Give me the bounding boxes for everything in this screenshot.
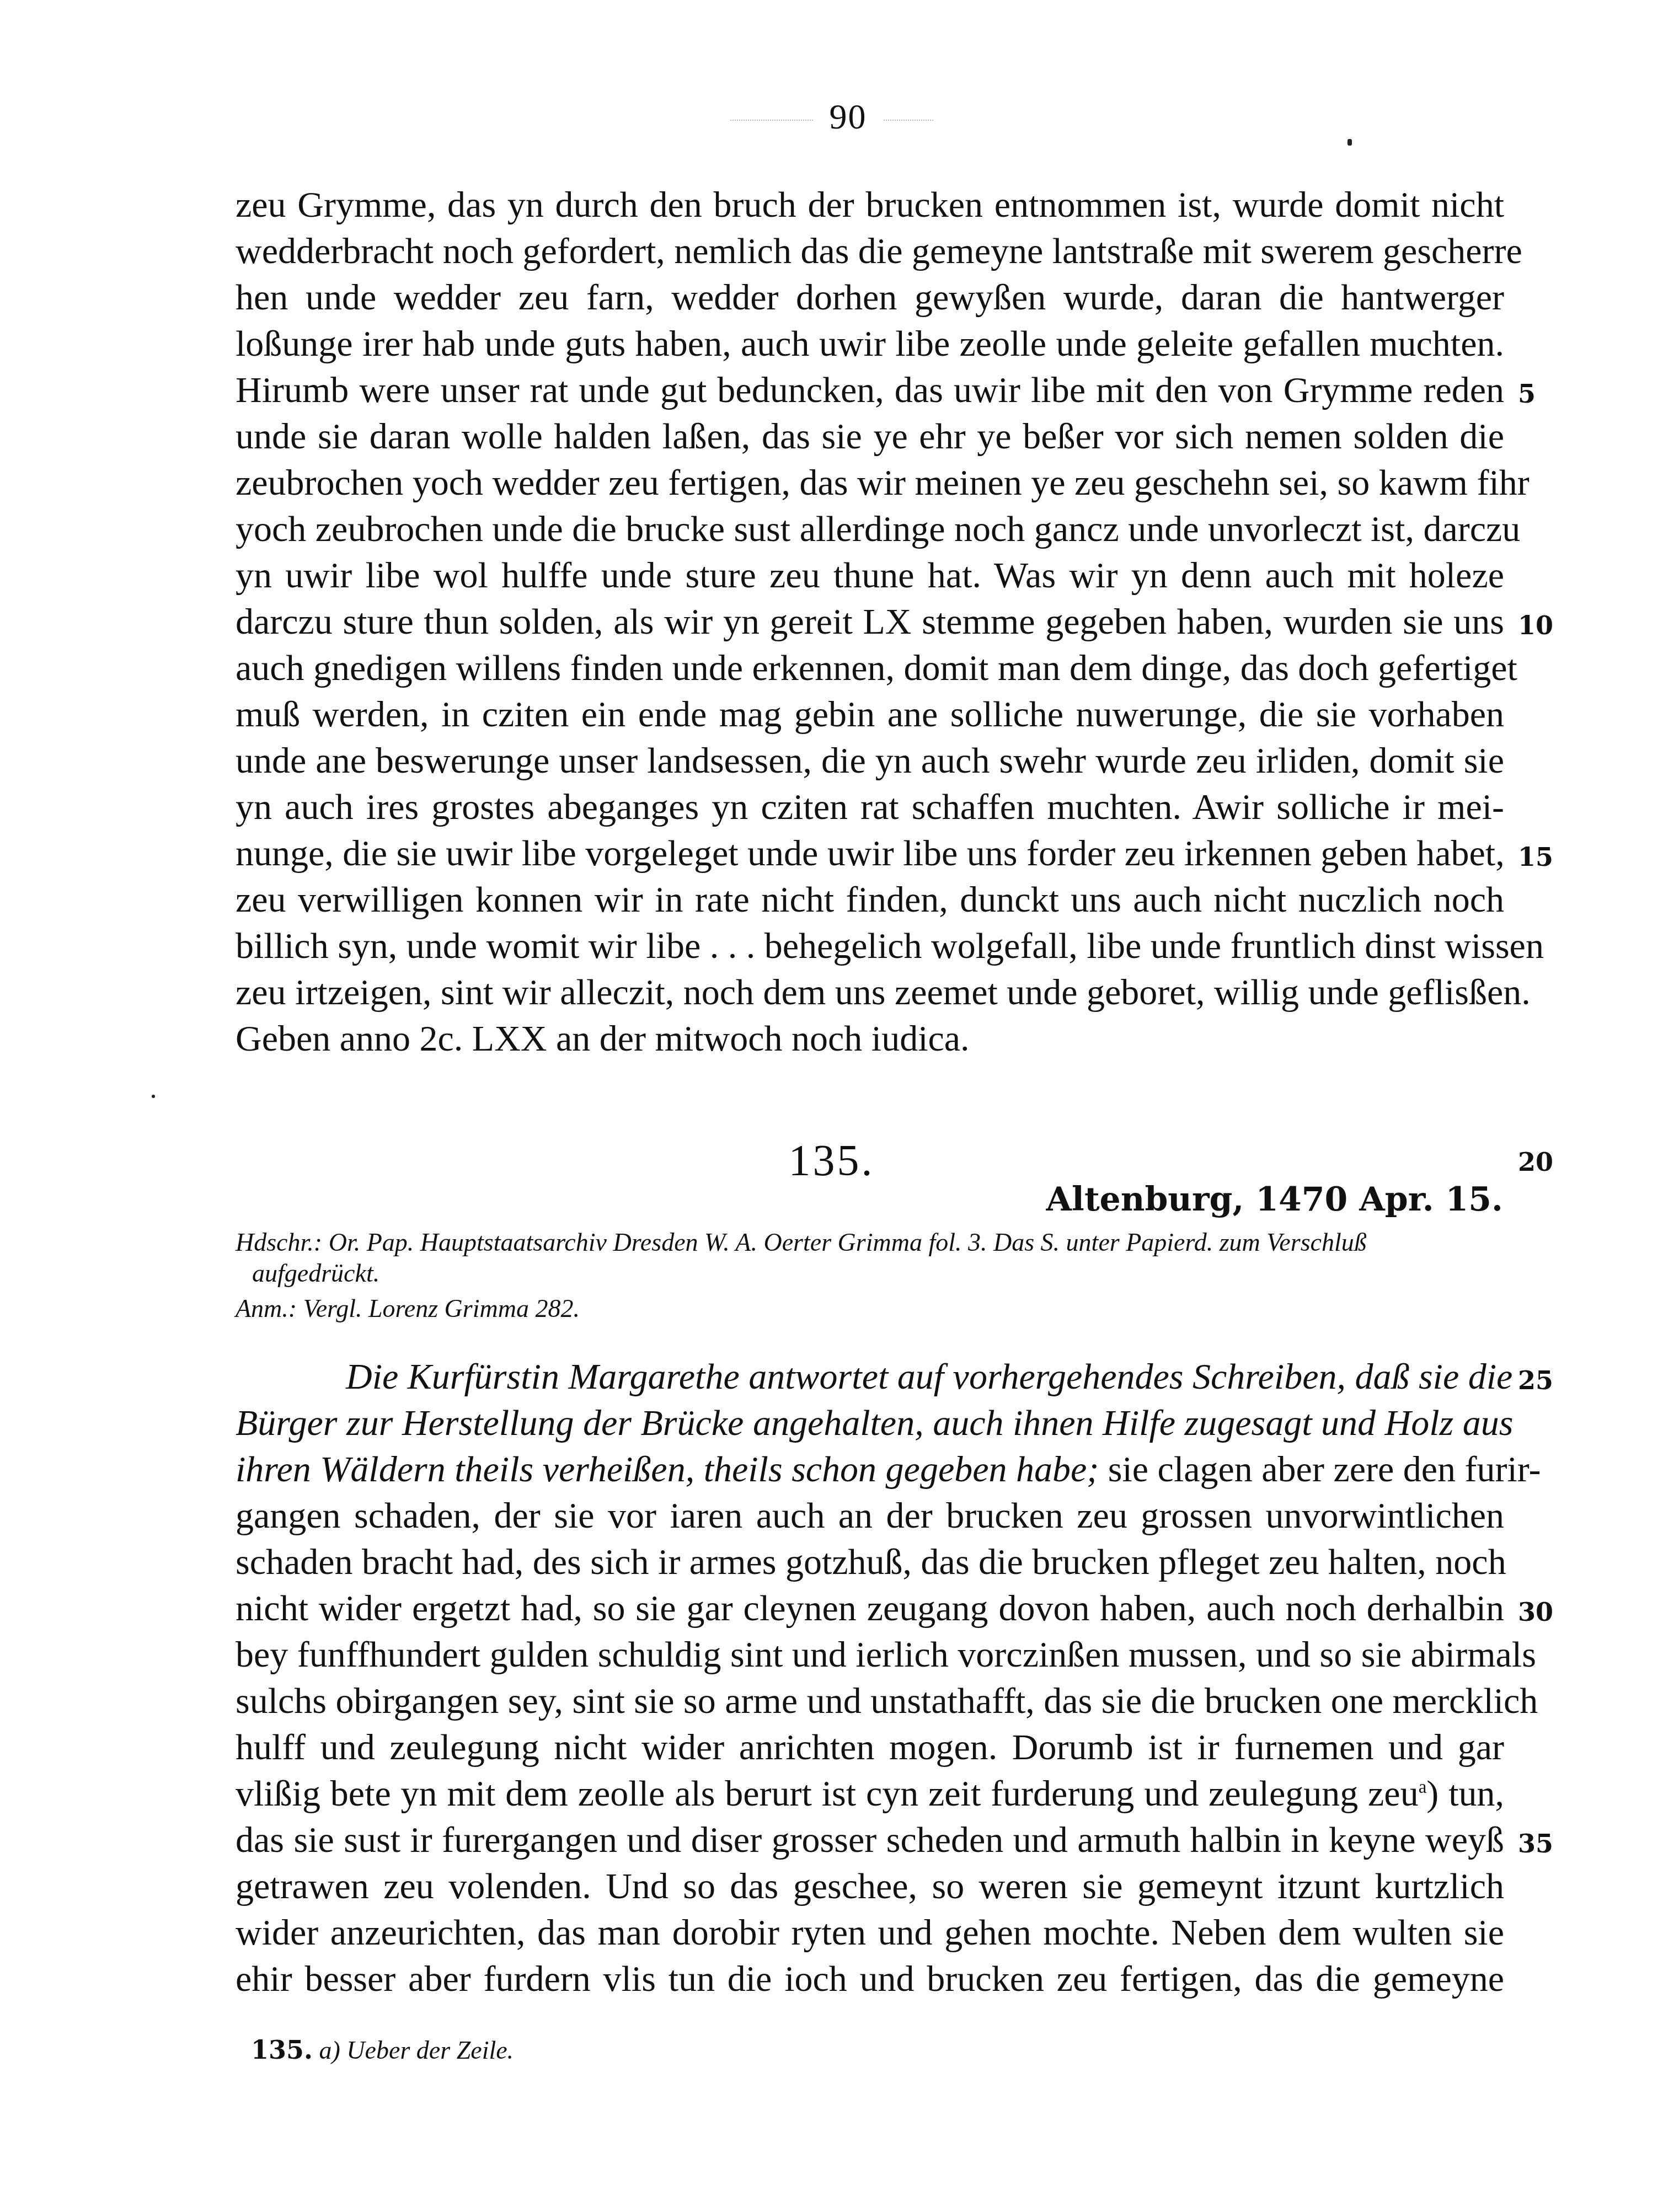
document-text-start: sie clagen aber zere den furir- <box>1099 1449 1541 1490</box>
text-line: hulff und zeulegung nicht wider anrichte… <box>236 1724 1504 1771</box>
text-line: auch gnedigen willens finden unde erkenn… <box>236 645 1504 692</box>
summary-line: Bürger zur Herstellung der Brücke angeha… <box>236 1400 1504 1447</box>
text-line: billich syn, unde womit wir libe . . . b… <box>236 923 1504 970</box>
text-line: zeubrochen yoch wedder zeu fertigen, das… <box>236 460 1504 506</box>
summary-tail: ihren Wäldern theils verheißen, theils s… <box>236 1449 1099 1490</box>
text-line: yn uwir libe wol hulffe unde sture zeu t… <box>236 553 1504 599</box>
text-line: sulchs obirgangen sey, sint sie so arme … <box>236 1678 1504 1724</box>
text-line: das sie sust ir furergangen und diser gr… <box>236 1817 1504 1863</box>
footnote: 135. a) Ueber der Zeile. <box>251 2035 514 2065</box>
text-line: hen unde wedder zeu farn, wedder dorhen … <box>236 275 1504 321</box>
text-line: wider anzeurichten, das man dorobir ryte… <box>236 1910 1504 1956</box>
decorative-rule-right <box>884 120 933 121</box>
text-line: yn auch ires grostes abeganges yn cziten… <box>236 784 1504 831</box>
entry-number: 135. <box>0 1136 1663 1186</box>
text-line: vlißig bete yn mit dem zeolle als berurt… <box>236 1771 1504 1817</box>
text-line: unde sie daran wolle halden laßen, das s… <box>236 414 1504 460</box>
entry-text: Die Kurfürstin Margarethe antwortet auf … <box>236 1354 1504 2002</box>
line-number: 5 <box>1518 371 1536 417</box>
line-number: 15 <box>1518 834 1553 880</box>
text-line: nicht wider ergetzt had, so sie gar cley… <box>236 1586 1504 1632</box>
line-number: 25 <box>1518 1357 1553 1404</box>
text-line: unde ane beswerunge unser landsessen, di… <box>236 738 1504 784</box>
page-number: 90 <box>0 97 1663 137</box>
page-number-text: 90 <box>830 97 867 136</box>
text-line: schaden bracht had, des sich ir armes go… <box>236 1539 1504 1586</box>
footnote-number: 135. <box>251 2035 313 2065</box>
text-line: yoch zeubrochen unde die brucke sust all… <box>236 506 1504 553</box>
print-speck <box>1347 139 1352 146</box>
text-line: Hirumb were unser rat unde gut beduncken… <box>236 367 1504 414</box>
source-note-manuscript: Hdschr.: Or. Pap. Hauptstaatsarchiv Dres… <box>236 1227 1504 1289</box>
text-line: nunge, die sie uwir libe vorgeleget unde… <box>236 831 1504 877</box>
text-line: gangen schaden, der sie vor iaren auch a… <box>236 1493 1504 1539</box>
line-number: 30 <box>1518 1589 1553 1635</box>
text-line: loßunge irer hab unde guts haben, auch u… <box>236 321 1504 367</box>
text-line: muß werden, in cziten ein ende mag gebin… <box>236 692 1504 738</box>
text-line: bey funffhundert gulden schuldig sint un… <box>236 1632 1504 1678</box>
entry-date-place: Altenburg, 1470 Apr. 15. <box>1046 1180 1503 1219</box>
print-speck <box>152 1095 155 1098</box>
continuation-text: zeu Grymme, das yn durch den bruch der b… <box>236 182 1504 1062</box>
decorative-rule-left <box>730 120 813 121</box>
text-line: zeu irtzeigen, sint wir alleczit, noch d… <box>236 970 1504 1016</box>
line-number: 20 <box>1518 1147 1553 1177</box>
text-line: Geben anno 2c. LXX an der mitwoch noch i… <box>236 1016 1504 1062</box>
summary-line: Die Kurfürstin Margarethe antwortet auf … <box>236 1354 1504 1400</box>
footnote-marker: a <box>1419 1777 1427 1797</box>
source-note-annotation: Anm.: Vergl. Lorenz Grimma 282. <box>236 1293 1504 1324</box>
text-line: darczu sture thun solden, als wir yn ger… <box>236 599 1504 645</box>
line-number: 10 <box>1518 602 1553 649</box>
text-line: getrawen zeu volenden. Und so das gesche… <box>236 1863 1504 1910</box>
text-line: wedderbracht noch gefordert, nemlich das… <box>236 228 1504 275</box>
text-line: zeu verwilligen konnen wir in rate nicht… <box>236 877 1504 923</box>
text-line: ehir besser aber furdern vlis tun die io… <box>236 1956 1504 2002</box>
mixed-line: ihren Wäldern theils verheißen, theils s… <box>236 1447 1504 1493</box>
text-line: zeu Grymme, das yn durch den bruch der b… <box>236 182 1504 228</box>
line-number: 35 <box>1518 1820 1553 1867</box>
footnote-text: a) Ueber der Zeile. <box>319 2036 514 2064</box>
